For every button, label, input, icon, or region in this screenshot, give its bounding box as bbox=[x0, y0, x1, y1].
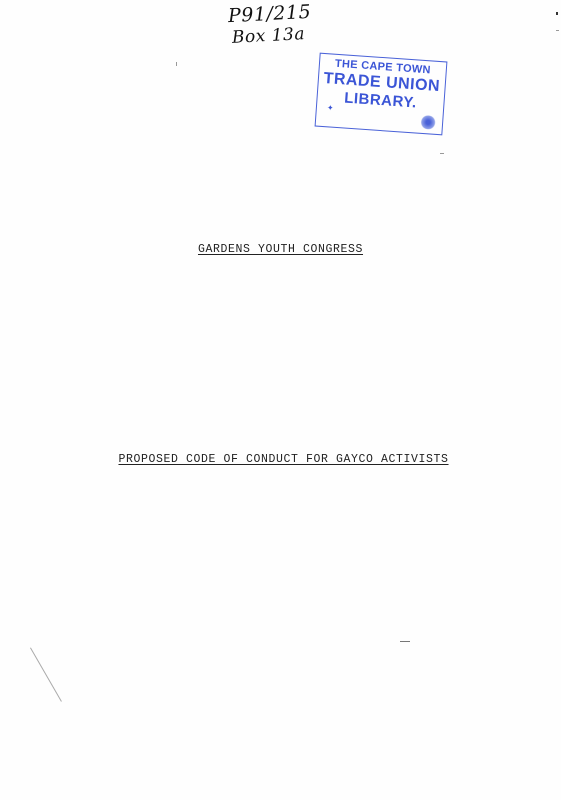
archive-reference: P91/215 bbox=[228, 2, 312, 26]
emblem-icon bbox=[420, 115, 437, 130]
library-stamp: THE CAPE TOWN TRADE UNION LIBRARY. ✦ bbox=[315, 53, 448, 136]
scan-mark bbox=[556, 30, 559, 31]
document-title: PROPOSED CODE OF CONDUCT FOR GAYCO ACTIV… bbox=[118, 453, 448, 466]
organization-name: GARDENS YOUTH CONGRESS bbox=[198, 243, 363, 256]
scan-mark bbox=[400, 641, 410, 642]
bird-icon: ✦ bbox=[327, 103, 334, 112]
scan-mark bbox=[556, 12, 558, 15]
box-reference: Box 13a bbox=[232, 24, 306, 48]
organization-heading: GARDENS YOUTH CONGRESS bbox=[0, 243, 561, 256]
document-title-heading: PROPOSED CODE OF CONDUCT FOR GAYCO ACTIV… bbox=[3, 453, 561, 466]
scan-mark bbox=[30, 648, 62, 702]
scan-mark bbox=[176, 62, 177, 66]
scan-mark bbox=[440, 153, 444, 154]
document-page: P91/215 Box 13a THE CAPE TOWN TRADE UNIO… bbox=[0, 0, 561, 800]
